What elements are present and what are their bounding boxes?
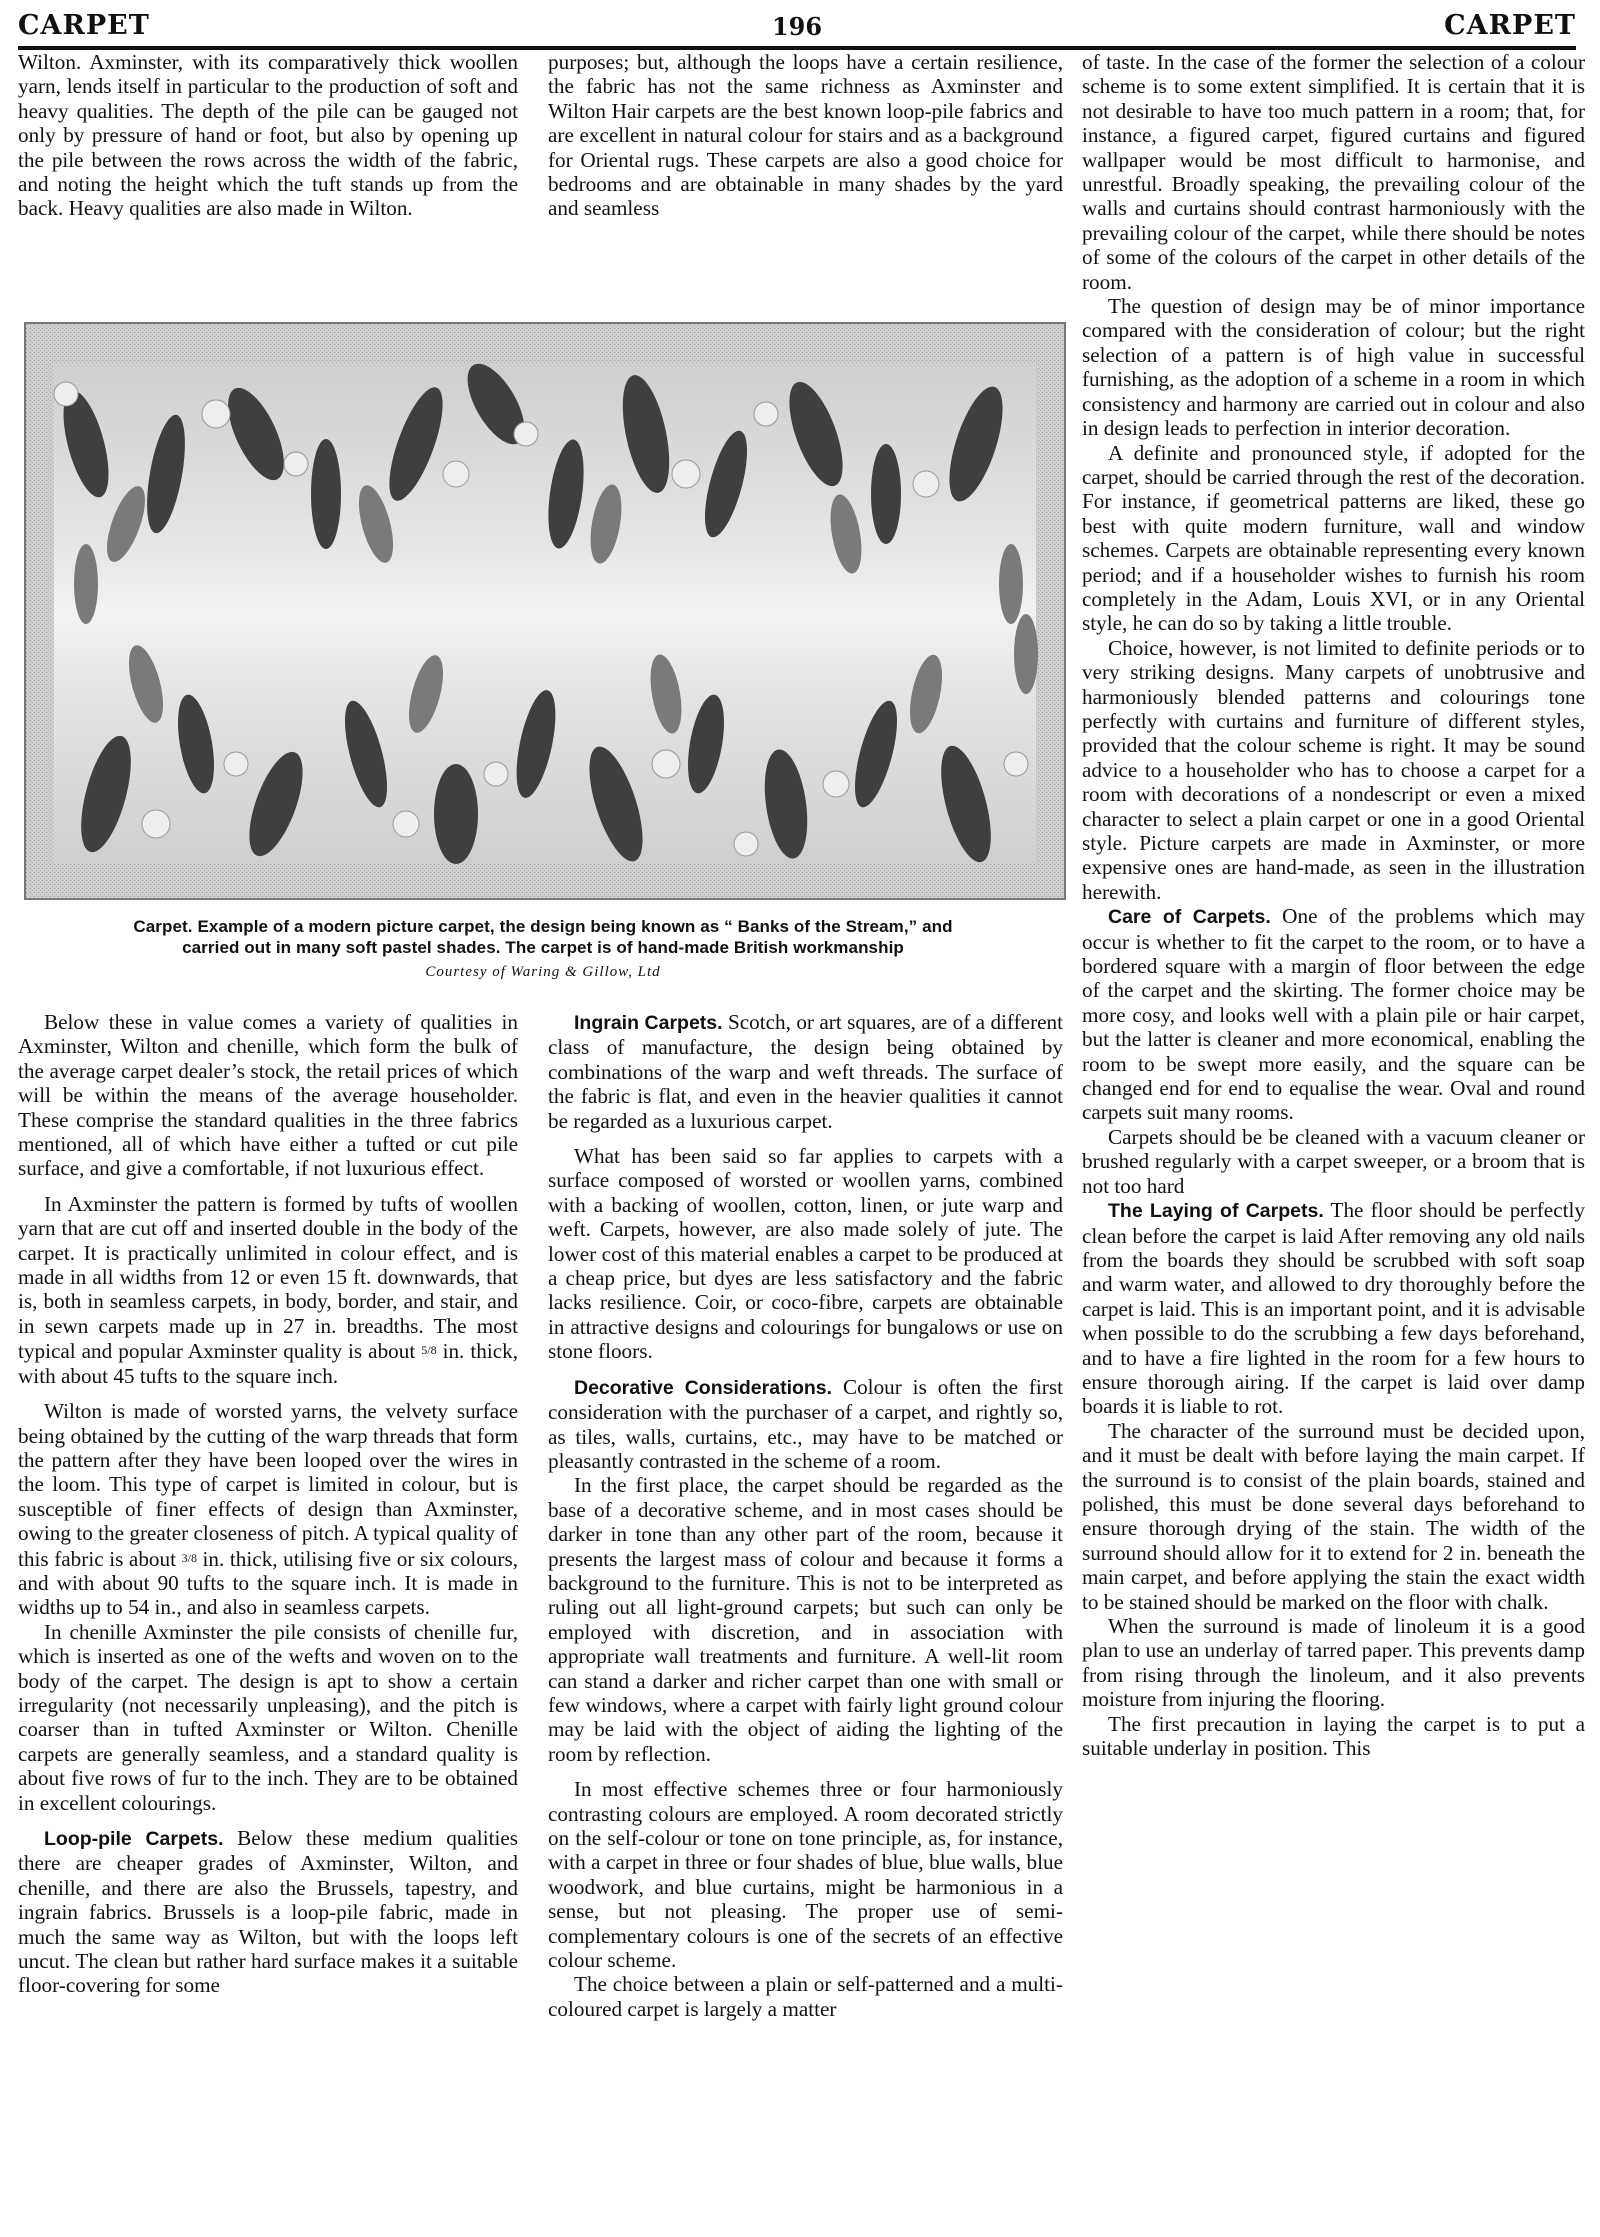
text-run: Below these medium qualities there are c… xyxy=(18,1826,518,1997)
column-middle-bottom: Ingrain Carpets. Scotch, or art squares,… xyxy=(548,1010,1063,2021)
text-run: In Axminster the pattern is formed by tu… xyxy=(18,1192,518,1363)
paragraph: In chenille Axminster the pile consists … xyxy=(18,1620,518,1815)
section-heading-care: Care of Carpets. xyxy=(1108,906,1271,928)
paragraph: The character of the surround must be de… xyxy=(1082,1419,1585,1614)
page-number: 196 xyxy=(18,12,1576,41)
carpet-floral-image xyxy=(26,324,1064,898)
section-heading-decorative: Decorative Considerations. xyxy=(574,1377,832,1399)
paragraph: When the surround is made of linoleum it… xyxy=(1082,1614,1585,1712)
paragraph: purposes; but, although the loops have a… xyxy=(548,50,1063,221)
paragraph: Wilton is made of worsted yarns, the vel… xyxy=(18,1399,518,1620)
column-right: of taste. In the case of the former the … xyxy=(1082,50,1585,1760)
paragraph: The first precaution in laying the carpe… xyxy=(1082,1712,1585,1761)
paragraph: of taste. In the case of the former the … xyxy=(1082,50,1585,294)
paragraph: What has been said so far applies to car… xyxy=(548,1144,1063,1364)
column-left-bottom: Below these in value comes a variety of … xyxy=(18,1010,518,1998)
figure-caption: Carpet. Example of a modern picture carp… xyxy=(18,916,1068,958)
page-header: CARPET 196 CARPET xyxy=(18,6,1576,50)
figure-credit: Courtesy of Waring & Gillow, Ltd xyxy=(18,964,1068,981)
paragraph: In Axminster the pattern is formed by tu… xyxy=(18,1192,518,1388)
paragraph: Carpets should be be cleaned with a vacu… xyxy=(1082,1125,1585,1198)
text-run: The floor should be perfectly clean befo… xyxy=(1082,1198,1585,1418)
running-head-right: CARPET xyxy=(1444,10,1576,41)
fraction: 3/8 xyxy=(182,1551,197,1565)
section-heading-ingrain: Ingrain Carpets. xyxy=(574,1012,723,1034)
paragraph: Care of Carpets. One of the problems whi… xyxy=(1082,904,1585,1125)
column-middle-top: purposes; but, although the loops have a… xyxy=(548,50,1063,221)
section-heading-laying: The Laying of Carpets. xyxy=(1108,1200,1324,1222)
paragraph: In most effective schemes three or four … xyxy=(548,1777,1063,1972)
paragraph: Decorative Considerations. Colour is oft… xyxy=(548,1375,1063,1474)
paragraph: Choice, however, is not limited to defin… xyxy=(1082,636,1585,904)
fraction: 5/8 xyxy=(421,1343,436,1357)
caption-line-2: carried out in many soft pastel shades. … xyxy=(18,937,1068,958)
column-left-top: Wilton. Axminster, with its comparativel… xyxy=(18,50,518,221)
text-run: Wilton is made of worsted yarns, the vel… xyxy=(18,1399,518,1570)
paragraph: Below these in value comes a variety of … xyxy=(18,1010,518,1181)
section-heading-loop-pile: Loop-pile Carpets. xyxy=(44,1828,224,1850)
caption-line-1: Carpet. Example of a modern picture carp… xyxy=(18,916,1068,937)
text-run: One of the problems which may occur is w… xyxy=(1082,904,1585,1124)
paragraph: Loop-pile Carpets. Below these medium qu… xyxy=(18,1826,518,1998)
paragraph: Ingrain Carpets. Scotch, or art squares,… xyxy=(548,1010,1063,1133)
paragraph: A definite and pronounced style, if adop… xyxy=(1082,441,1585,636)
paragraph: In the first place, the carpet should be… xyxy=(548,1473,1063,1766)
paragraph: The choice between a plain or self-patte… xyxy=(548,1972,1063,2021)
paragraph: The question of design may be of minor i… xyxy=(1082,294,1585,440)
paragraph: Wilton. Axminster, with its comparativel… xyxy=(18,50,518,221)
paragraph: The Laying of Carpets. The floor should … xyxy=(1082,1198,1585,1419)
carpet-illustration xyxy=(24,322,1066,900)
